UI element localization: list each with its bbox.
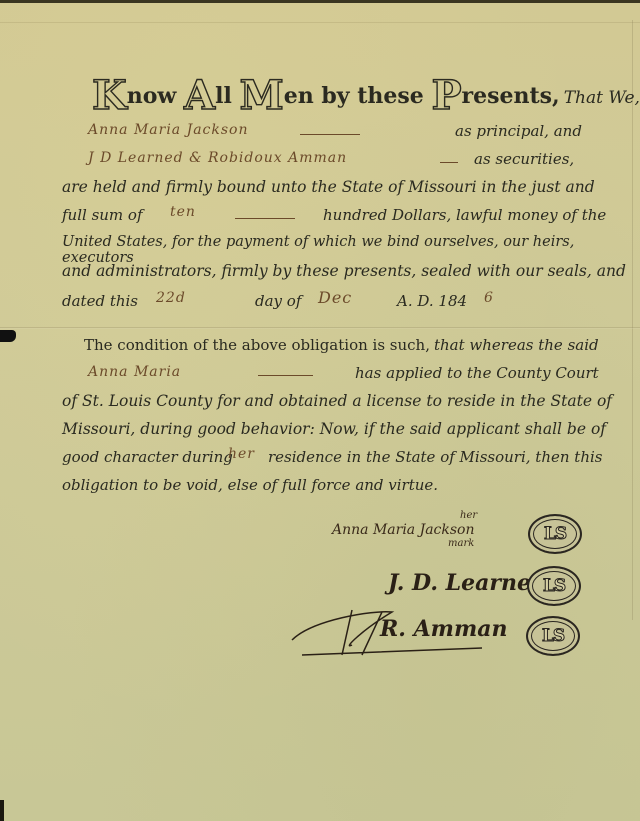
- sum-label: full sum of: [62, 206, 143, 224]
- securities-label: as securities,: [474, 150, 574, 168]
- applicant-name: Anna Maria: [88, 364, 181, 380]
- signature-j-d-learned: J. D. Learned: [388, 570, 546, 596]
- principal-label: as principal, and: [455, 122, 582, 140]
- condition-text: Missouri, during good behavior: Now, if …: [62, 420, 606, 438]
- principal-name: Anna Maria Jackson: [88, 122, 249, 138]
- sum-amount: ten: [170, 204, 196, 220]
- condition-text: good character during: [62, 448, 233, 466]
- applicant-pronoun: her: [228, 446, 255, 462]
- heading-cap-k: K: [92, 72, 127, 119]
- date-year-digit: 6: [484, 290, 494, 306]
- fold-line-middle: [0, 327, 640, 329]
- condition-text: residence in the State of Missouri, then…: [268, 448, 602, 466]
- tab-marker: [0, 330, 16, 342]
- top-edge: [0, 0, 640, 3]
- seal-ls-icon: LS: [528, 514, 582, 554]
- securities-names: J D Learned & Robidoux Amman: [88, 150, 347, 166]
- signature-mark-her: her: [460, 510, 477, 521]
- condition-text: has applied to the County Court: [355, 364, 599, 382]
- fold-line-top: [0, 22, 640, 23]
- blank-line: [258, 375, 313, 376]
- bond-text-line: and administrators, firmly by these pres…: [62, 262, 626, 280]
- document-heading: Know All Men by these Presents, That We,: [92, 72, 640, 119]
- blank-line: [300, 134, 360, 135]
- bond-text-line: are held and firmly bound unto the State…: [62, 178, 595, 196]
- condition-line: The condition of the above obligation is…: [84, 336, 599, 355]
- day-of-label: day of: [255, 292, 301, 310]
- seal-ls-icon: LS: [527, 566, 581, 606]
- heading-lead: That We,: [564, 88, 640, 108]
- blank-line: [440, 162, 458, 163]
- date-day: 22d: [156, 290, 186, 306]
- date-month: Dec: [318, 288, 352, 307]
- signature-anna-maria-jackson: Anna Maria Jackson: [332, 522, 475, 538]
- sum-text: hundred Dollars, lawful money of the: [323, 206, 606, 224]
- condition-text: obligation to be void, else of full forc…: [62, 476, 438, 494]
- condition-text: of St. Louis County for and obtained a l…: [62, 392, 612, 410]
- signature-mark-label: mark: [448, 538, 474, 549]
- edge-shadow: [0, 800, 4, 821]
- dated-label: dated this: [62, 292, 138, 310]
- anno-domini: A. D. 184: [397, 292, 467, 310]
- signature-r-amman: R. Amman: [380, 616, 507, 642]
- seal-ls-icon: LS: [526, 616, 580, 656]
- blank-line: [235, 218, 295, 219]
